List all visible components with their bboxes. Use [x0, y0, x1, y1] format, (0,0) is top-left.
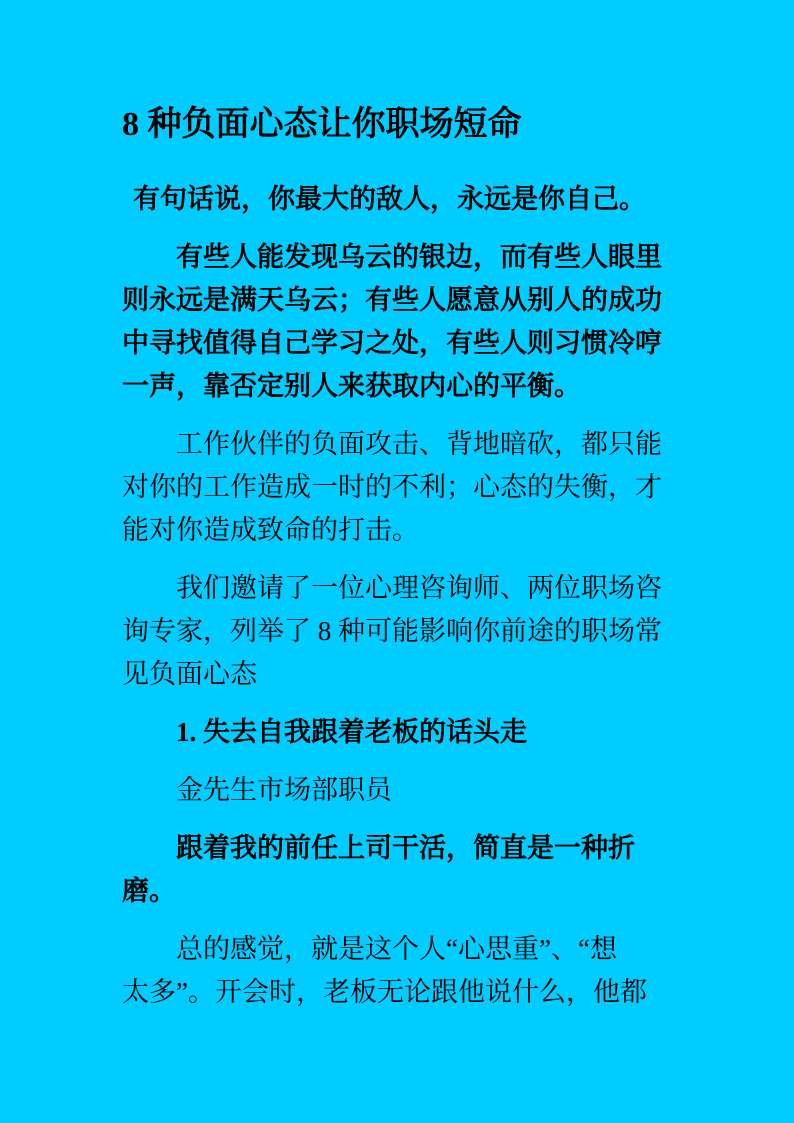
- text-line: 能对你造成致命的打击。: [122, 509, 688, 552]
- section-heading-1: 1. 失去自我跟着老板的话头走: [122, 711, 688, 754]
- text-line: 见负面心态: [122, 653, 688, 696]
- text-line: 磨。: [122, 870, 688, 913]
- page-title: 8 种负面心态让你职场短命: [122, 101, 688, 149]
- text-line: 则永远是满天乌云；有些人愿意从别人的成功: [122, 279, 688, 322]
- paragraph-feeling: 总的感觉，就是这个人“心思重”、“想 太多”。开会时，老板无论跟他说什么，他都: [122, 928, 688, 1014]
- paragraph-clouds: 有些人能发现乌云的银边，而有些人眼里 则永远是满天乌云；有些人愿意从别人的成功 …: [122, 236, 688, 408]
- text-line: 对你的工作造成一时的不利；心态的失衡，才: [122, 466, 688, 509]
- text-line: 一声，靠否定别人来获取内心的平衡。: [122, 365, 688, 408]
- paragraph-torture: 跟着我的前任上司干活，简直是一种折 磨。: [122, 827, 688, 913]
- document-page: 8 种负面心态让你职场短命 有句话说，你最大的敌人，永远是你自己。 有些人能发现…: [0, 0, 794, 1123]
- text-line: 询专家，列举了 8 种可能影响你前途的职场常: [122, 610, 688, 653]
- text-line: 中寻找值得自己学习之处，有些人则习惯冷哼: [122, 322, 688, 365]
- text-line: 工作伙伴的负面攻击、背地暗砍，都只能: [122, 423, 688, 466]
- text-line: 1. 失去自我跟着老板的话头走: [122, 711, 688, 754]
- text-line: 有些人能发现乌云的银边，而有些人眼里: [122, 236, 688, 279]
- paragraph-intro: 有句话说，你最大的敌人，永远是你自己。: [122, 178, 688, 221]
- text-line: 总的感觉，就是这个人“心思重”、“想: [122, 928, 688, 971]
- text-line: 有句话说，你最大的敌人，永远是你自己。: [122, 178, 688, 221]
- paragraph-attacks: 工作伙伴的负面攻击、背地暗砍，都只能 对你的工作造成一时的不利；心态的失衡，才 …: [122, 423, 688, 552]
- text-line: 太多”。开会时，老板无论跟他说什么，他都: [122, 971, 688, 1014]
- paragraph-person: 金先生市场部职员: [122, 769, 688, 812]
- paragraph-experts: 我们邀请了一位心理咨询师、两位职场咨 询专家，列举了 8 种可能影响你前途的职场…: [122, 567, 688, 696]
- text-line: 我们邀请了一位心理咨询师、两位职场咨: [122, 567, 688, 610]
- text-line: 金先生市场部职员: [122, 769, 688, 812]
- text-line: 跟着我的前任上司干活，简直是一种折: [122, 827, 688, 870]
